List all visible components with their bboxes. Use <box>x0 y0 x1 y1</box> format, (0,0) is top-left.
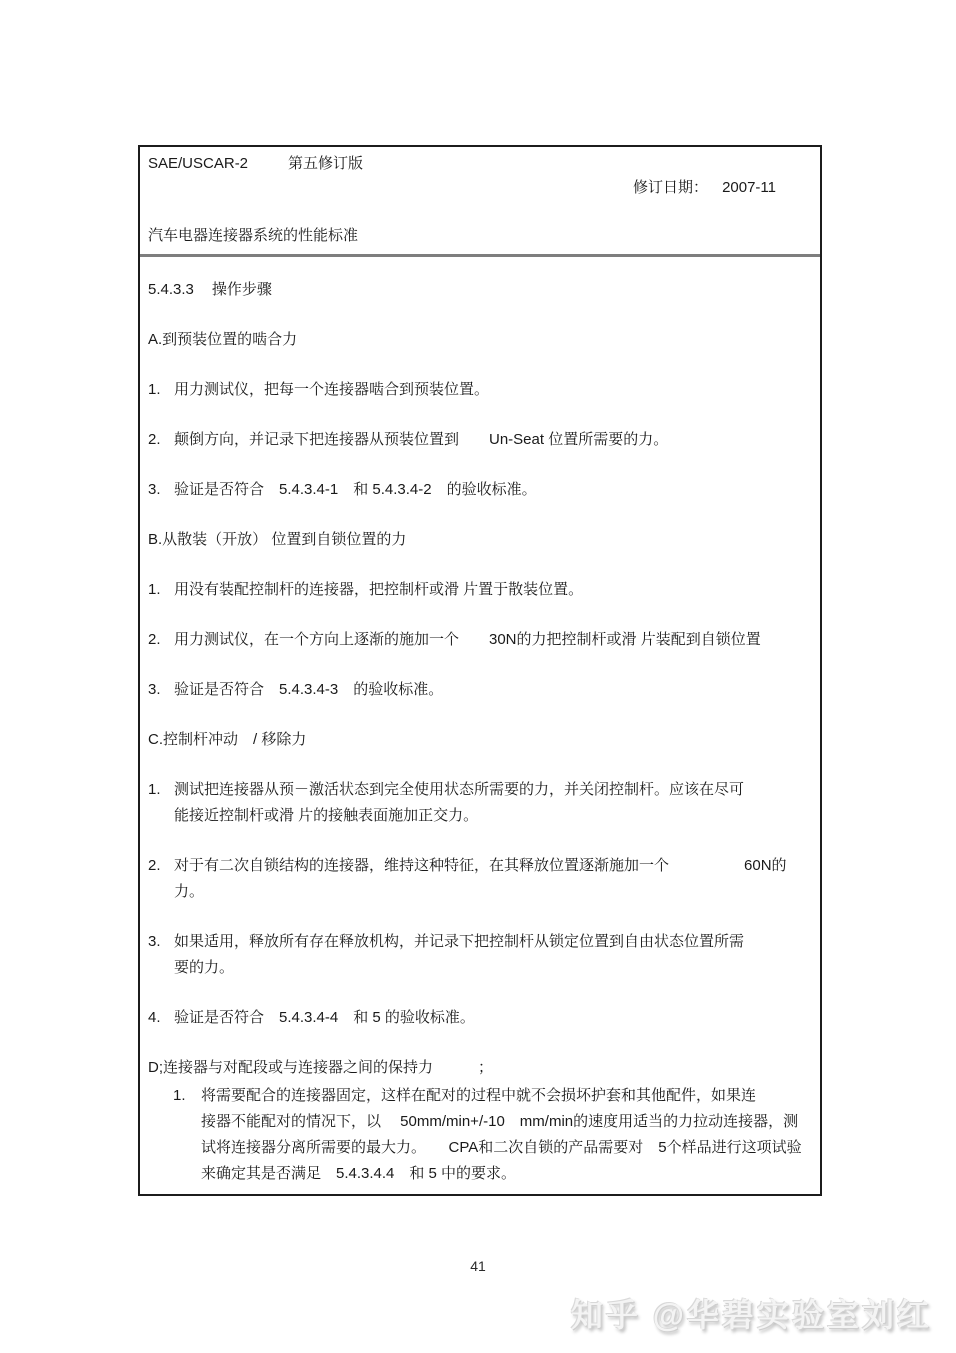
paragraph-text: 将需要配合的连接器固定，这样在配对的过程中就不会损坏护套和其他配件，如果连 接器… <box>201 1083 808 1187</box>
paragraph-7: 1.用没有装配控制杆的连接器，把控制杆或滑 片置于散装位置。 <box>148 577 808 603</box>
page-number: 41 <box>0 1258 956 1274</box>
paragraph-text: C.控制杆冲动 / 移除力 <box>148 727 808 753</box>
paragraph-14: 4.验证是否符合 5.4.3.4-4 和 5 的验收标准。 <box>148 1005 808 1031</box>
item-marker: 4. <box>148 1005 174 1031</box>
paragraph-12: 2.对于有二次自锁结构的连接器，维持这种特征，在其释放位置逐渐施加一个 60N的… <box>148 853 808 905</box>
paragraph-5: 3.验证是否符合 5.4.3.4-1 和 5.4.3.4-2 的验收标准。 <box>148 477 808 503</box>
paragraph-text: 颠倒方向，并记录下把连接器从预装位置到 Un-Seat 位置所需要的力。 <box>174 427 808 453</box>
item-marker: 1. <box>148 577 174 603</box>
paragraph-text: 验证是否符合 5.4.3.4-1 和 5.4.3.4-2 的验收标准。 <box>174 477 808 503</box>
paragraph-text: A.到预装位置的啮合力 <box>148 327 808 353</box>
paragraph-text: 操作步骤 <box>212 277 808 303</box>
paragraph-1: 5.4.3.3操作步骤 <box>148 277 808 303</box>
document-header: SAE/USCAR-2 第五修订版 修订日期：2007-11 汽车电器连接器系统… <box>140 147 820 257</box>
item-marker: 1. <box>173 1083 201 1187</box>
paragraph-text: 验证是否符合 5.4.3.4-4 和 5 的验收标准。 <box>174 1005 808 1031</box>
paragraph-text: 用力测试仪，在一个方向上逐渐的施加一个 30N的力把控制杆或滑 片装配到自锁位置 <box>174 627 808 653</box>
paragraph-text: D;连接器与对配段或与连接器之间的保持力 ； <box>148 1055 808 1081</box>
paragraph-text: 对于有二次自锁结构的连接器，维持这种特征，在其释放位置逐渐施加一个 60N的力。 <box>174 853 808 905</box>
paragraph-13: 3.如果适用，释放所有存在释放机构，并记录下把控制杆从锁定位置到自由状态位置所需… <box>148 929 808 981</box>
paragraph-9: 3.验证是否符合 5.4.3.4-3 的验收标准。 <box>148 677 808 703</box>
paragraph-text: 测试把连接器从预－激活状态到完全使用状态所需要的力，并关闭控制杆。应该在尽可 能… <box>174 777 808 829</box>
item-marker: 2. <box>148 853 174 905</box>
paragraph-text: 用力测试仪，把每一个连接器啮合到预装位置。 <box>174 377 808 403</box>
paragraph-16: 1.将需要配合的连接器固定，这样在配对的过程中就不会损坏护套和其他配件，如果连 … <box>148 1083 808 1187</box>
header-row-1: SAE/USCAR-2 第五修订版 修订日期：2007-11 <box>148 152 812 224</box>
doc-code: SAE/USCAR-2 <box>148 152 248 176</box>
paragraph-4: 2.颠倒方向，并记录下把连接器从预装位置到 Un-Seat 位置所需要的力。 <box>148 427 808 453</box>
item-marker: 3. <box>148 677 174 703</box>
revision-date: 修订日期：2007-11 <box>591 152 812 224</box>
document-frame: SAE/USCAR-2 第五修订版 修订日期：2007-11 汽车电器连接器系统… <box>138 145 822 1196</box>
item-marker: 3. <box>148 929 174 981</box>
paragraph-6: B.从散装（开放） 位置到自锁位置的力 <box>148 527 808 553</box>
paragraph-text: 验证是否符合 5.4.3.4-3 的验收标准。 <box>174 677 808 703</box>
doc-revision: 第五修订版 <box>288 152 363 176</box>
paragraph-text: 用没有装配控制杆的连接器，把控制杆或滑 片置于散装位置。 <box>174 577 808 603</box>
paragraph-10: C.控制杆冲动 / 移除力 <box>148 727 808 753</box>
paragraph-2: A.到预装位置的啮合力 <box>148 327 808 353</box>
paragraph-11: 1.测试把连接器从预－激活状态到完全使用状态所需要的力，并关闭控制杆。应该在尽可… <box>148 777 808 829</box>
paragraph-text: B.从散装（开放） 位置到自锁位置的力 <box>148 527 808 553</box>
doc-subtitle: 汽车电器连接器系统的性能标准 <box>148 224 812 248</box>
item-marker: 2. <box>148 627 174 653</box>
item-marker: 2. <box>148 427 174 453</box>
paragraph-text: 如果适用，释放所有存在释放机构，并记录下把控制杆从锁定位置到自由状态位置所需 要… <box>174 929 808 981</box>
paragraph-3: 1.用力测试仪，把每一个连接器啮合到预装位置。 <box>148 377 808 403</box>
paragraph-15: D;连接器与对配段或与连接器之间的保持力 ； <box>148 1055 808 1081</box>
item-marker: 1. <box>148 777 174 829</box>
watermark: 知乎 @华碧实验室刘红 <box>571 1290 932 1336</box>
document-page: SAE/USCAR-2 第五修订版 修订日期：2007-11 汽车电器连接器系统… <box>0 0 956 1353</box>
paragraph-8: 2.用力测试仪，在一个方向上逐渐的施加一个 30N的力把控制杆或滑 片装配到自锁… <box>148 627 808 653</box>
item-marker: 1. <box>148 377 174 403</box>
item-marker: 5.4.3.3 <box>148 277 194 303</box>
item-marker: 3. <box>148 477 174 503</box>
revision-date-value: 2007-11 <box>722 179 776 196</box>
revision-date-label: 修订日期： <box>633 179 708 196</box>
document-body: 5.4.3.3操作步骤A.到预装位置的啮合力1.用力测试仪，把每一个连接器啮合到… <box>140 257 820 1187</box>
